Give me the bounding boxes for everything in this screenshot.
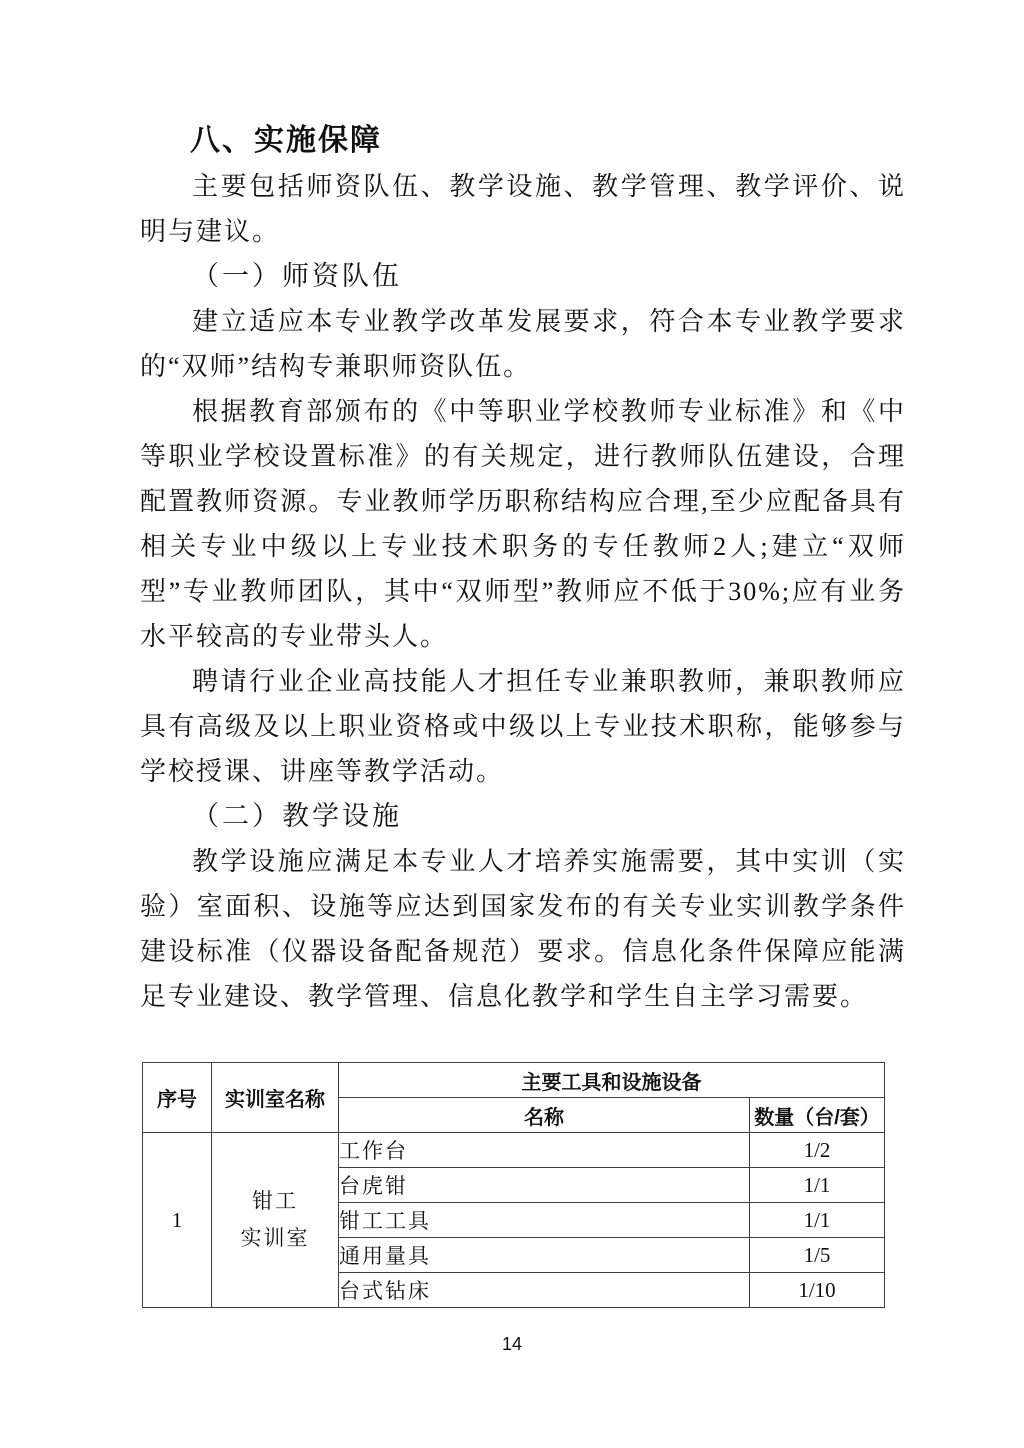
subsection-heading-teachers: （一）师资队伍	[140, 254, 906, 299]
cell-quantity: 1/5	[750, 1238, 885, 1273]
cell-tool-name: 钳工工具	[339, 1203, 750, 1238]
col-header-tool-name: 名称	[339, 1098, 750, 1133]
document-page: 八、实施保障 主要包括师资队伍、教学设施、教学管理、教学评价、说明与建议。 （一…	[0, 0, 1024, 1448]
cell-tool-name: 台式钻床	[339, 1273, 750, 1308]
body-paragraph: 教学设施应满足本专业人才培养实施需要，其中实训（实验）室面积、设施等应达到国家发…	[140, 839, 906, 1019]
intro-paragraph: 主要包括师资队伍、教学设施、教学管理、教学评价、说明与建议。	[140, 164, 906, 254]
page-number: 14	[0, 1334, 1024, 1355]
cell-quantity: 1/2	[750, 1133, 885, 1168]
body-paragraph: 根据教育部颁布的《中等职业学校教师专业标准》和《中等职业学校设置标准》的有关规定…	[140, 389, 906, 659]
col-header-room-name: 实训室名称	[212, 1063, 339, 1133]
body-paragraph: 建立适应本专业教学改革发展要求，符合本专业教学要求的“双师”结构专兼职师资队伍。	[140, 299, 906, 389]
cell-quantity: 1/10	[750, 1273, 885, 1308]
cell-tool-name: 通用量具	[339, 1238, 750, 1273]
col-header-index: 序号	[143, 1063, 212, 1133]
col-header-quantity: 数量（台/套）	[750, 1098, 885, 1133]
col-header-tools-group: 主要工具和设施设备	[339, 1063, 885, 1098]
room-name-line: 实训室	[212, 1220, 338, 1257]
table-row: 1 钳工 实训室 工作台 1/2	[143, 1133, 885, 1168]
equipment-table: 序号 实训室名称 主要工具和设施设备 名称 数量（台/套） 1 钳工 实训室 工…	[142, 1062, 885, 1308]
subsection-heading-facilities: （二）教学设施	[140, 794, 906, 839]
cell-tool-name: 台虎钳	[339, 1168, 750, 1203]
main-heading: 八、实施保障	[140, 118, 906, 164]
cell-quantity: 1/1	[750, 1168, 885, 1203]
table-header-row: 序号 实训室名称 主要工具和设施设备	[143, 1063, 885, 1098]
cell-index: 1	[143, 1133, 212, 1308]
cell-quantity: 1/1	[750, 1203, 885, 1238]
page-content: 八、实施保障 主要包括师资队伍、教学设施、教学管理、教学评价、说明与建议。 （一…	[0, 0, 1024, 1308]
body-paragraph: 聘请行业企业高技能人才担任专业兼职教师，兼职教师应具有高级及以上职业资格或中级以…	[140, 659, 906, 794]
room-name-line: 钳工	[212, 1183, 338, 1220]
cell-tool-name: 工作台	[339, 1133, 750, 1168]
cell-room-name: 钳工 实训室	[212, 1133, 339, 1308]
